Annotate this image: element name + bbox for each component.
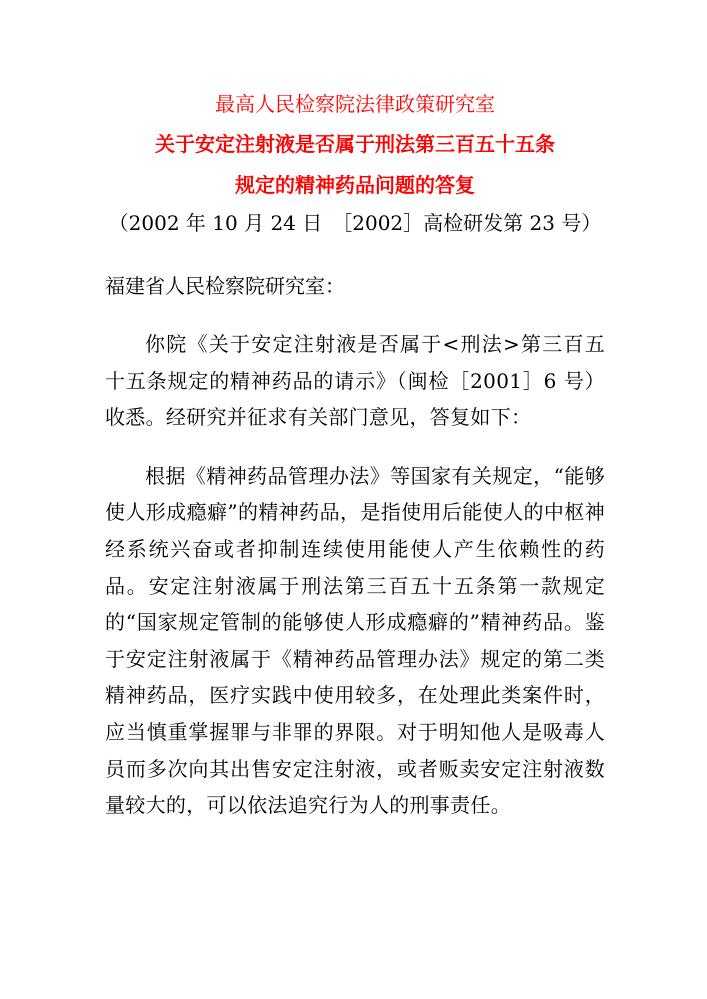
document-title-line-1: 关于安定注射液是否属于刑法第三百五十五条: [105, 124, 605, 165]
document-issuer: 最高人民检察院法律政策研究室: [105, 84, 605, 124]
addressee-line: 福建省人民检察院研究室：: [105, 268, 605, 304]
body-paragraph-2: 根据《精神药品管理办法》等国家有关规定，“能够使人形成瘾癖”的精神药品，是指使用…: [105, 458, 605, 824]
document-page: 最高人民检察院法律政策研究室 关于安定注射液是否属于刑法第三百五十五条 规定的精…: [0, 0, 707, 999]
body-paragraph-1: 你院《关于安定注射液是否属于<刑法>第三百五十五条规定的精神药品的请示》（闽检［…: [105, 326, 605, 436]
document-title-line-2: 规定的精神药品问题的答复: [105, 165, 605, 206]
document-date-reference: （2002 年 10 月 24 日 ［2002］高检研发第 23 号）: [105, 206, 605, 240]
